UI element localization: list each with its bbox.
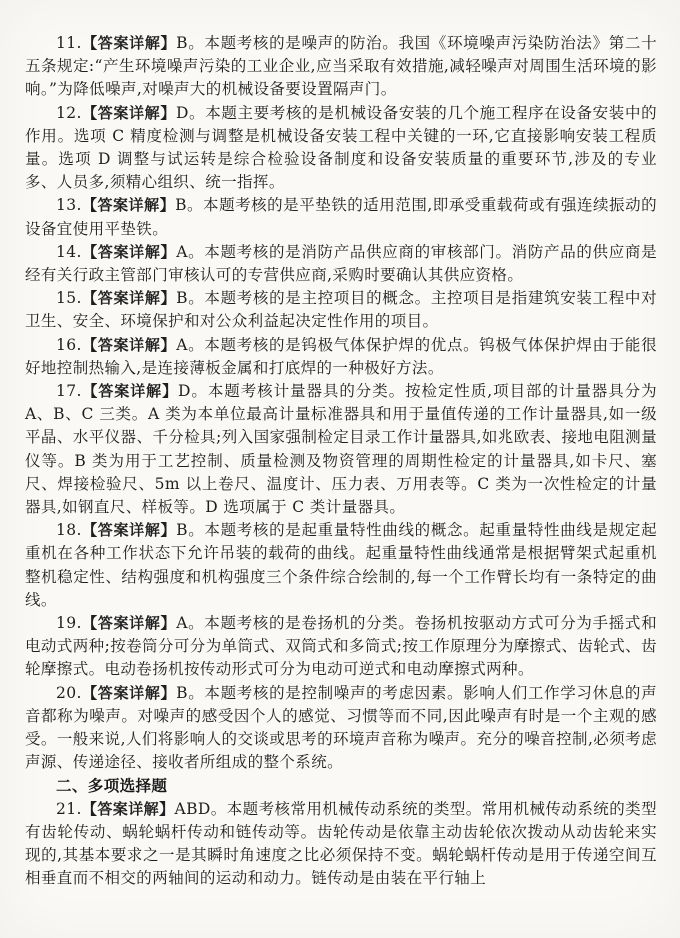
- answer-tag: 【答案详解】: [82, 289, 176, 307]
- answer-tag: 【答案详解】: [82, 521, 176, 539]
- item-number: 14.: [56, 243, 82, 261]
- item-number: 11.: [56, 34, 82, 52]
- answer-item-18: 18.【答案详解】B。本题考核的是起重量特性曲线的概念。起重量特性曲线是规定起重…: [25, 519, 657, 612]
- answer-item-19: 19.【答案详解】A。本题考核的是卷扬机的分类。卷扬机按驱动方式可分为手摇式和电…: [25, 612, 657, 682]
- answer-tag: 【答案详解】: [82, 684, 176, 702]
- answer-item-15: 15.【答案详解】B。本题考核的是主控项目的概念。主控项目是指建筑安装工程中对卫…: [25, 287, 657, 333]
- item-number: 13.: [56, 196, 82, 214]
- answer-item-14: 14.【答案详解】A。本题考核的是消防产品供应商的审核部门。消防产品的供应商是经…: [25, 241, 657, 287]
- answer-item-16: 16.【答案详解】A。本题考核的是钨极气体保护焊的优点。钨极气体保护焊由于能很好…: [25, 334, 657, 380]
- answer-tag: 【答案详解】: [82, 34, 176, 52]
- answer-item-13: 13.【答案详解】B。本题考核的是平垫铁的适用范围,即承受重载荷或有强连续振动的…: [25, 194, 657, 240]
- item-number: 18.: [56, 521, 82, 539]
- item-number: 16.: [56, 336, 82, 354]
- answer-item-12: 12.【答案详解】D。本题主要考核的是机械设备安装的几个施工程序在设备安装中的作…: [25, 102, 657, 195]
- answer-item-20: 20.【答案详解】B。本题考核的是控制噪声的考虑因素。影响人们工作学习休息的声音…: [25, 682, 657, 775]
- answer-item-21: 21.【答案详解】ABD。本题考核常用机械传动系统的类型。常用机械传动系统的类型…: [25, 798, 657, 891]
- answer-item-17: 17.【答案详解】D。本题考核计量器具的分类。按检定性质,项目部的计量器具分为 …: [25, 380, 657, 519]
- answer-tag: 【答案详解】: [82, 800, 175, 818]
- item-number: 20.: [56, 684, 82, 702]
- answer-text: D。本题考核计量器具的分类。按检定性质,项目部的计量器具分为 A、B、C 三类。…: [25, 382, 657, 516]
- item-number: 21.: [56, 800, 82, 818]
- item-number: 17.: [56, 382, 82, 400]
- answer-tag: 【答案详解】: [82, 104, 176, 122]
- answer-tag: 【答案详解】: [82, 243, 176, 261]
- answer-tag: 【答案详解】: [82, 336, 176, 354]
- section-header-multiple-choice: 二、多项选择题: [25, 775, 657, 798]
- item-number: 15.: [56, 289, 82, 307]
- item-number: 19.: [56, 614, 82, 632]
- answer-explanations-block: 11.【答案详解】B。本题考核的是噪声的防治。我国《环境噪声污染防治法》第二十五…: [25, 32, 657, 891]
- answer-tag: 【答案详解】: [82, 196, 175, 214]
- scanned-document-page: 11.【答案详解】B。本题考核的是噪声的防治。我国《环境噪声污染防治法》第二十五…: [0, 0, 680, 938]
- answer-tag: 【答案详解】: [82, 614, 176, 632]
- answer-tag: 【答案详解】: [82, 382, 178, 400]
- item-number: 12.: [56, 104, 82, 122]
- answer-item-11: 11.【答案详解】B。本题考核的是噪声的防治。我国《环境噪声污染防治法》第二十五…: [25, 32, 657, 102]
